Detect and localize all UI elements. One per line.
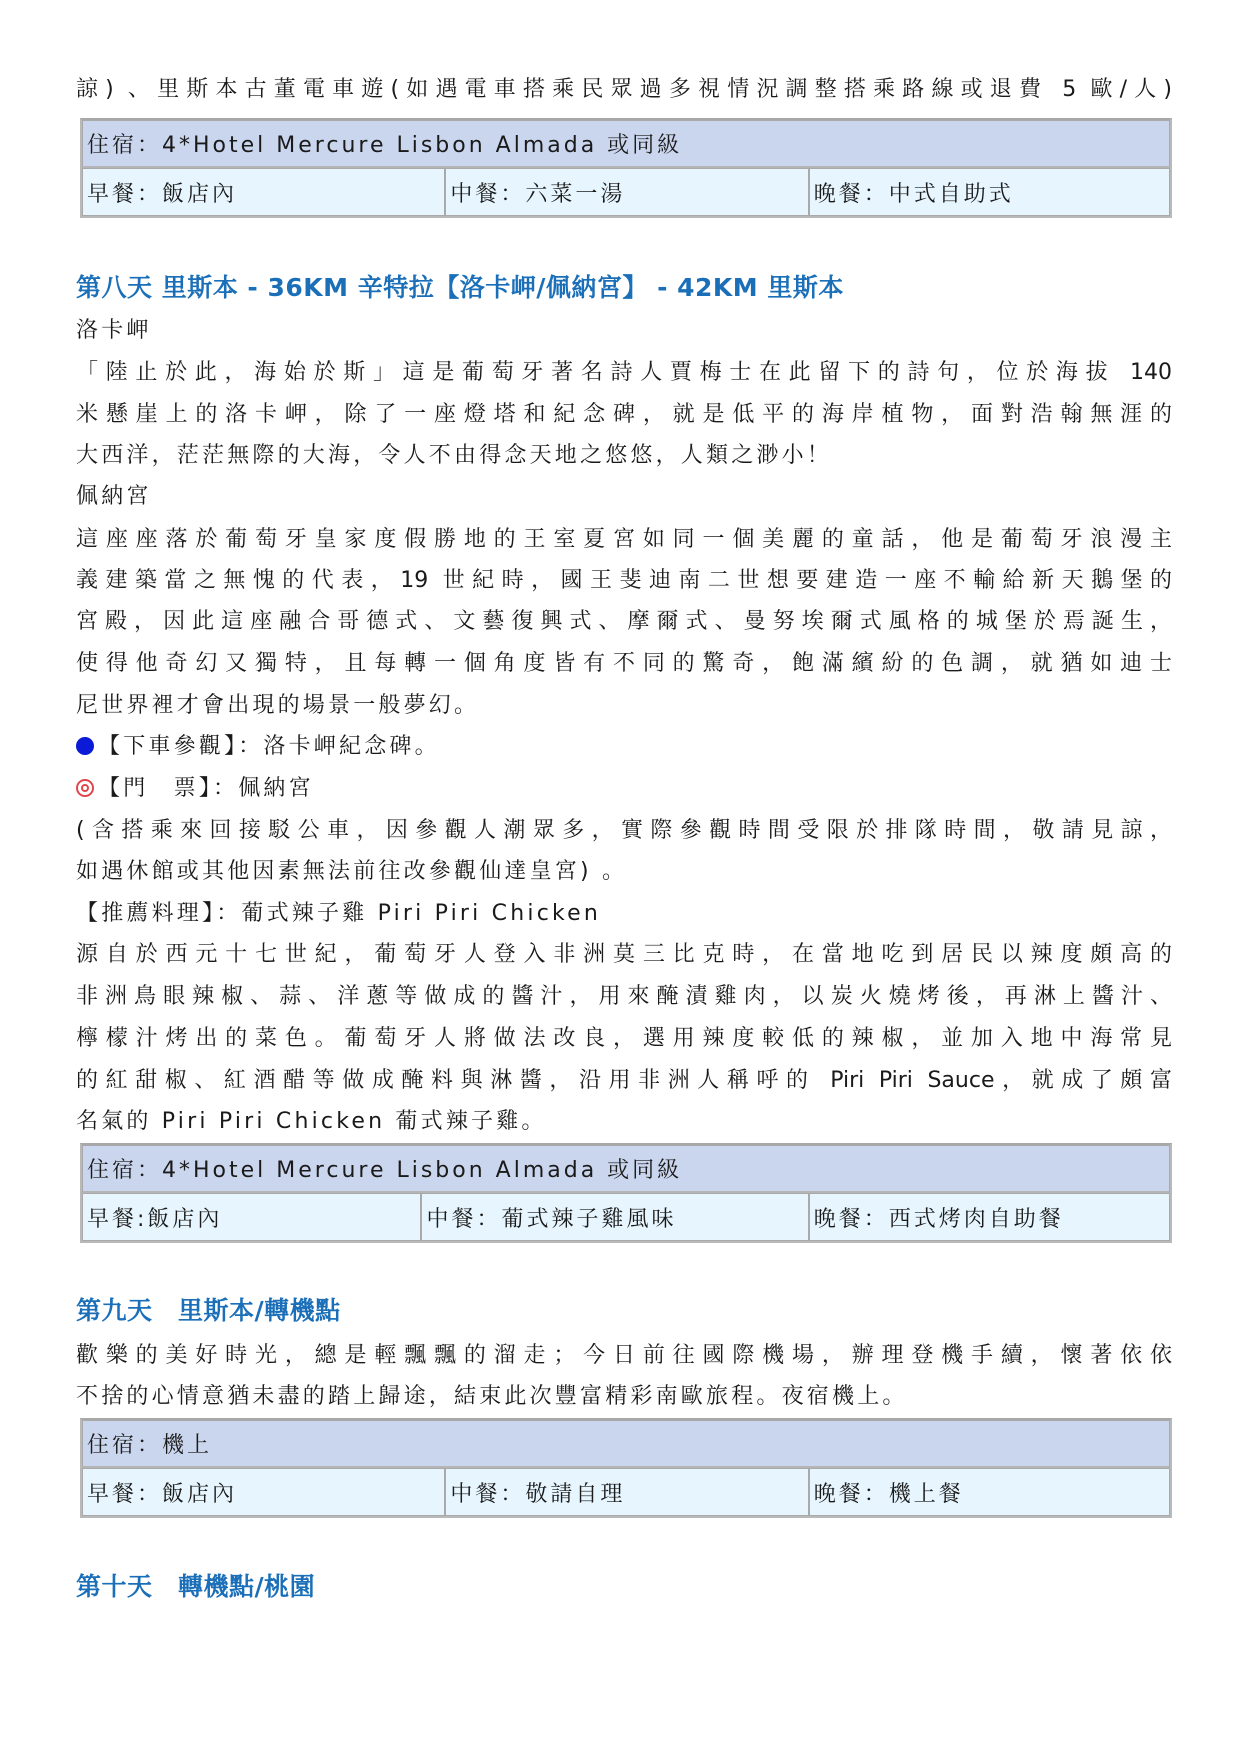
day7-info-table: 住宿：4*Hotel Mercure Lisbon Almada 或同級 早餐：… xyxy=(80,118,1172,218)
note-line: 如遇休館或其他因素無法前往改參觀仙達皇宮) 。 xyxy=(76,857,1172,887)
double-circle-icon xyxy=(76,779,94,797)
breakfast-cell: 早餐:飯店內 xyxy=(82,1193,421,1241)
paragraph-line: 宮殿，因此這座融合哥德式、文藝復興式、摩爾式、曼努埃爾式風格的城堡於焉誕生， xyxy=(76,607,1172,637)
lunch-cell: 中餐：六菜一湯 xyxy=(445,168,808,216)
paragraph-line: 使得他奇幻又獨特，且每轉一個角度皆有不同的驚奇，飽滿繽紛的色調，就猶如迪士 xyxy=(76,649,1172,679)
dinner-cell: 晚餐：西式烤肉自助餐 xyxy=(809,1193,1170,1241)
ticket-label: 【門 票】：佩納宮 xyxy=(98,776,314,801)
day8-heading: 第八天 里斯本 - 36KM 辛特拉【洛卡岬/佩納宮】 - 42KM 里斯本 xyxy=(76,272,844,304)
breakfast-cell: 早餐：飯店內 xyxy=(82,168,445,216)
note-line: (含搭乘來回接駁公車，因參觀人潮眾多，實際參觀時間受限於排隊時間，敬請見諒， xyxy=(76,816,1172,846)
stay-cell: 住宿：4*Hotel Mercure Lisbon Almada 或同級 xyxy=(82,1145,1170,1193)
stop-visit-item: 【下車參觀】：洛卡岬紀念碑。 xyxy=(76,732,1172,762)
dinner-cell: 晚餐：中式自助式 xyxy=(809,168,1170,216)
day9-heading: 第九天 里斯本/轉機點 xyxy=(76,1295,341,1327)
stay-cell: 住宿：機上 xyxy=(82,1420,1170,1468)
day9-info-table: 住宿：機上 早餐：飯店內 中餐：敬請自理 晚餐：機上餐 xyxy=(80,1418,1172,1518)
dinner-cell: 晚餐：機上餐 xyxy=(809,1468,1170,1516)
lunch-cell: 中餐：敬請自理 xyxy=(445,1468,808,1516)
day10-heading: 第十天 轉機點/桃園 xyxy=(76,1571,315,1603)
paragraph-line: 尼世界裡才會出現的場景一般夢幻。 xyxy=(76,691,1172,721)
paragraph-line: 歡樂的美好時光，總是輕飄飄的溜走；今日前往國際機場，辦理登機手續，懷著依依 xyxy=(76,1341,1172,1371)
paragraph-line: 檸檬汁烤出的菜色。葡萄牙人將做法改良，選用辣度較低的辣椒，並加入地中海常見 xyxy=(76,1024,1172,1054)
paragraph-line: 大西洋，茫茫無際的大海，令人不由得念天地之悠悠，人類之渺小！ xyxy=(76,441,1172,471)
stay-cell: 住宿：4*Hotel Mercure Lisbon Almada 或同級 xyxy=(82,120,1170,168)
stop-visit-label: 【下車參觀】：洛卡岬紀念碑。 xyxy=(98,734,440,759)
breakfast-cell: 早餐：飯店內 xyxy=(82,1468,445,1516)
blue-dot-icon xyxy=(76,737,94,755)
lunch-cell: 中餐：葡式辣子雞風味 xyxy=(421,1193,808,1241)
paragraph-line: 不捨的心情意猶未盡的踏上歸途，結束此次豐富精彩南歐旅程。夜宿機上。 xyxy=(76,1382,1172,1412)
intro-line: 諒) 、里斯本古董電車遊(如遇電車搭乘民眾過多視情況調整搭乘路線或退費 5 歐/… xyxy=(76,75,1172,105)
paragraph-line: 米懸崖上的洛卡岬，除了一座燈塔和紀念碑，就是低平的海岸植物，面對浩翰無涯的 xyxy=(76,400,1172,430)
ticket-item: 【門 票】：佩納宮 xyxy=(76,774,1172,804)
subheading-pena-palace: 佩納宮 xyxy=(76,482,1172,512)
subheading-cabo-da-roca: 洛卡岬 xyxy=(76,316,1172,346)
recommended-dish: 【推薦料理】：葡式辣子雞 Piri Piri Chicken xyxy=(76,899,1172,929)
paragraph-line: 源自於西元十七世紀，葡萄牙人登入非洲莫三比克時，在當地吃到居民以辣度頗高的 xyxy=(76,940,1172,970)
paragraph-line: 非洲鳥眼辣椒、蒜、洋蔥等做成的醬汁，用來醃漬雞肉，以炭火燒烤後，再淋上醬汁、 xyxy=(76,982,1172,1012)
paragraph-line: 「陸止於此，海始於斯」這是葡萄牙著名詩人賈梅士在此留下的詩句，位於海拔 140 xyxy=(76,358,1172,388)
paragraph-line: 名氣的 Piri Piri Chicken 葡式辣子雞。 xyxy=(76,1107,1172,1137)
paragraph-line: 這座座落於葡萄牙皇家度假勝地的王室夏宮如同一個美麗的童話，他是葡萄牙浪漫主 xyxy=(76,525,1172,555)
paragraph-line: 義建築當之無愧的代表，19 世紀時，國王斐迪南二世想要建造一座不輸給新天鵝堡的 xyxy=(76,566,1172,596)
day8-info-table: 住宿：4*Hotel Mercure Lisbon Almada 或同級 早餐:… xyxy=(80,1143,1172,1243)
paragraph-line: 的紅甜椒、紅酒醋等做成醃料與淋醬，沿用非洲人稱呼的 Piri Piri Sauc… xyxy=(76,1066,1172,1096)
